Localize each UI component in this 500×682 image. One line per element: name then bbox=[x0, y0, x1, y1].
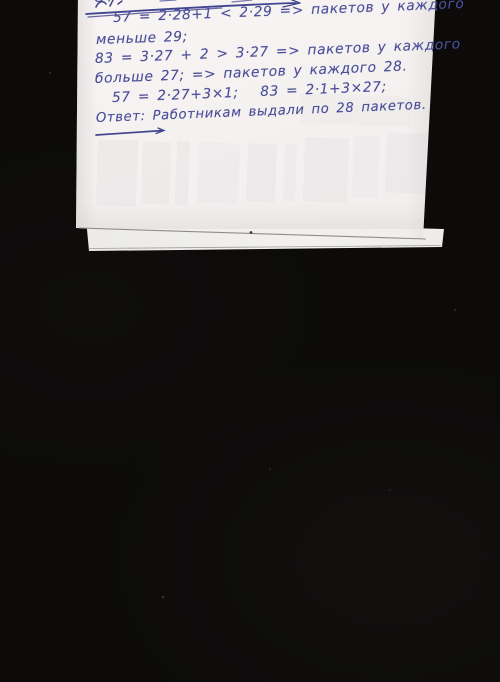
scanned-page: От 57 = 2·28+1 < 2·29 => пакетов у каждо… bbox=[0, 0, 500, 682]
handwriting-cutoff-fragment: От bbox=[94, 0, 115, 7]
answer-underline bbox=[96, 128, 164, 135]
paper-edge-shadow bbox=[79, 228, 441, 249]
dust-specks bbox=[49, 72, 456, 599]
